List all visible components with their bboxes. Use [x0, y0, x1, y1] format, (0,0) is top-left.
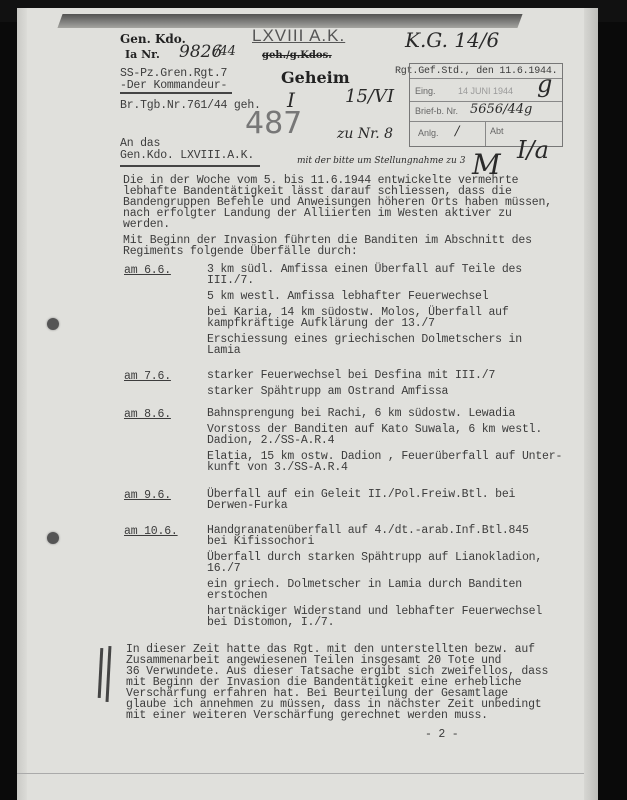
event-line: bei Kifissochori	[207, 536, 314, 547]
gen-kdo-stamp: Gen. Kdo.	[120, 32, 186, 46]
ia-annotation: I/a	[517, 136, 549, 164]
event-line: 16./7	[207, 563, 241, 574]
event-line: III./7.	[207, 275, 254, 286]
margin-mark	[106, 646, 112, 702]
anlg-label: Anlg.	[418, 128, 439, 138]
sender-title: -Der Kommandeur-	[120, 80, 227, 91]
briefb-number: 5656/44g	[470, 102, 532, 117]
fifteen-annotation: 15/VI	[345, 86, 394, 107]
recipient-line1: An das	[120, 138, 160, 149]
fold-line	[17, 773, 598, 774]
abt-label: Abt	[490, 126, 504, 136]
eing-label: Eing.	[415, 86, 436, 96]
classification-stamp: geh./g.Kdos.	[262, 50, 332, 61]
event-line: kampfkräftige Aufklärung der 13./7	[207, 318, 435, 329]
event-date: am 10.6.	[124, 526, 178, 537]
document-page: Gen. Kdo. LXVIII A.K. Ia Nr. 9826 /44 ge…	[17, 8, 598, 800]
event-line: erstochen	[207, 590, 267, 601]
event-line: Bahnsprengung bei Rachi, 6 km südostw. L…	[207, 408, 515, 419]
corps-stamp: LXVIII A.K.	[252, 26, 345, 46]
event-date: am 9.6.	[124, 490, 171, 501]
ia-nr-label: Ia Nr.	[125, 48, 160, 61]
punch-hole	[47, 532, 59, 544]
page-number: - 2 -	[425, 729, 459, 740]
sender-unit: SS-Pz.Gren.Rgt.7	[120, 68, 227, 79]
event-line: 5 km westl. Amfissa lebhafter Feuerwechs…	[207, 291, 488, 302]
punch-hole	[47, 318, 59, 330]
g-mark: g	[537, 70, 552, 98]
briefb-label: Brief-b. Nr.	[415, 106, 458, 116]
event-line: Lamia	[207, 345, 241, 356]
year-handwritten: /44	[215, 44, 236, 59]
event-line: Überfall durch starken Spähtrupp auf Lia…	[207, 552, 542, 563]
intro-line: nach erfolgter Landung der Alliierten im…	[123, 208, 512, 219]
invasion-intro-line: Regiments folgende Überfälle durch:	[123, 246, 358, 257]
event-line: bei Distomon, I./7.	[207, 617, 334, 628]
intro-line: werden.	[123, 219, 170, 230]
eing-date: 14 JUNI 1944	[458, 86, 513, 96]
event-line: kunft von 3./SS-A.R.4	[207, 462, 348, 473]
event-date: am 8.6.	[124, 409, 171, 420]
event-line: Derwen-Furka	[207, 500, 287, 511]
roman-numeral: I	[287, 88, 295, 112]
anlg-value: /	[455, 124, 459, 139]
event-line: 3 km südl. Amfissa einen Überfall auf Te…	[207, 264, 522, 275]
handwritten-note: mit der bitte um Stellungnahme zu 3	[297, 156, 465, 166]
event-line: Dadion, 2./SS-A.R.4	[207, 435, 334, 446]
conclusion-line: mit einer weiteren Verschärfung gerechne…	[126, 710, 488, 721]
scan-shadow	[57, 14, 522, 28]
zu-nr-annotation: zu Nr. 8	[337, 126, 393, 142]
event-line: Erschiessung eines griechischen Dolmetsc…	[207, 334, 522, 345]
event-date: am 7.6.	[124, 371, 171, 382]
recipient-underline	[120, 165, 260, 167]
margin-mark	[98, 648, 104, 698]
kg-annotation: K.G. 14/6	[405, 28, 499, 52]
geheim-stamp: Geheim	[281, 68, 350, 87]
sender-reference: Br.Tgb.Nr.761/44 geh.	[120, 100, 261, 111]
recipient-line2: Gen.Kdo. LXVIII.A.K.	[120, 150, 254, 161]
event-line: starker Spähtrupp am Ostrand Amfissa	[207, 386, 448, 397]
sender-underline	[120, 92, 232, 94]
event-date: am 6.6.	[124, 265, 171, 276]
event-line: starker Feuerwechsel bei Desfina mit III…	[207, 370, 495, 381]
